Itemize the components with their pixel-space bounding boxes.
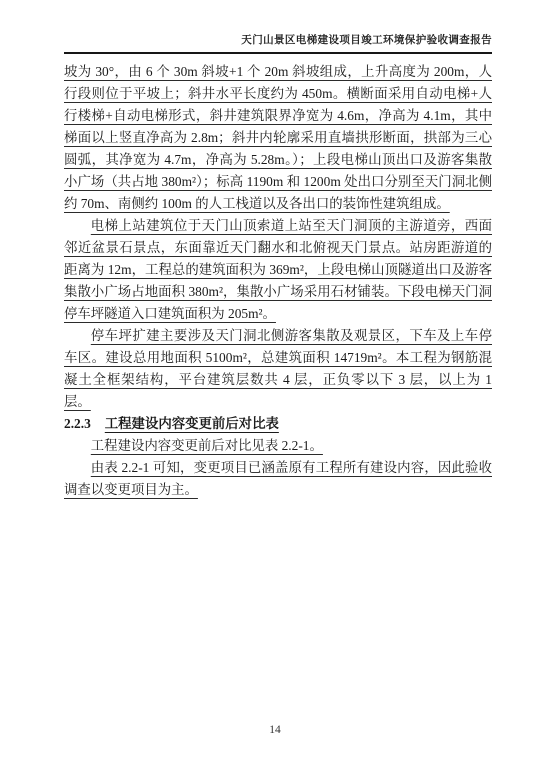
section-heading: 2.2.3工程建设内容变更前后对比表 — [64, 413, 492, 435]
section-number: 2.2.3 — [64, 416, 91, 431]
paragraph-continuation: 坡为 30°，由 6 个 30m 斜坡+1 个 20m 斜坡组成，上升高度为 2… — [64, 61, 492, 215]
page-footer: 14 — [0, 724, 550, 736]
paragraph-table-reference: 工程建设内容变更前后对比见表 2.2-1。 — [64, 435, 492, 457]
header-title: 天门山景区电梯建设项目竣工环境保护验收调查报告 — [241, 35, 492, 46]
page-number: 14 — [269, 724, 281, 736]
document-body: 坡为 30°，由 6 个 30m 斜坡+1 个 20m 斜坡组成，上升高度为 2… — [64, 61, 492, 501]
document-page: 天门山景区电梯建设项目竣工环境保护验收调查报告 坡为 30°，由 6 个 30m… — [0, 0, 550, 778]
paragraph-parking-expansion: 停车坪扩建主要涉及天门洞北侧游客集散及观景区，下车及上车停车区。建设总用地面积 … — [64, 325, 492, 413]
paragraph-upper-station: 电梯上站建筑位于天门山顶索道上站至天门洞顶的主游道旁，西面邻近盆景石景点，东面靠… — [64, 215, 492, 325]
paragraph-conclusion: 由表 2.2-1 可知，变更项目已涵盖原有工程所有建设内容，因此验收调查以变更项… — [64, 457, 492, 501]
page-header: 天门山景区电梯建设项目竣工环境保护验收调查报告 — [64, 32, 492, 54]
section-title: 工程建设内容变更前后对比表 — [105, 416, 279, 431]
